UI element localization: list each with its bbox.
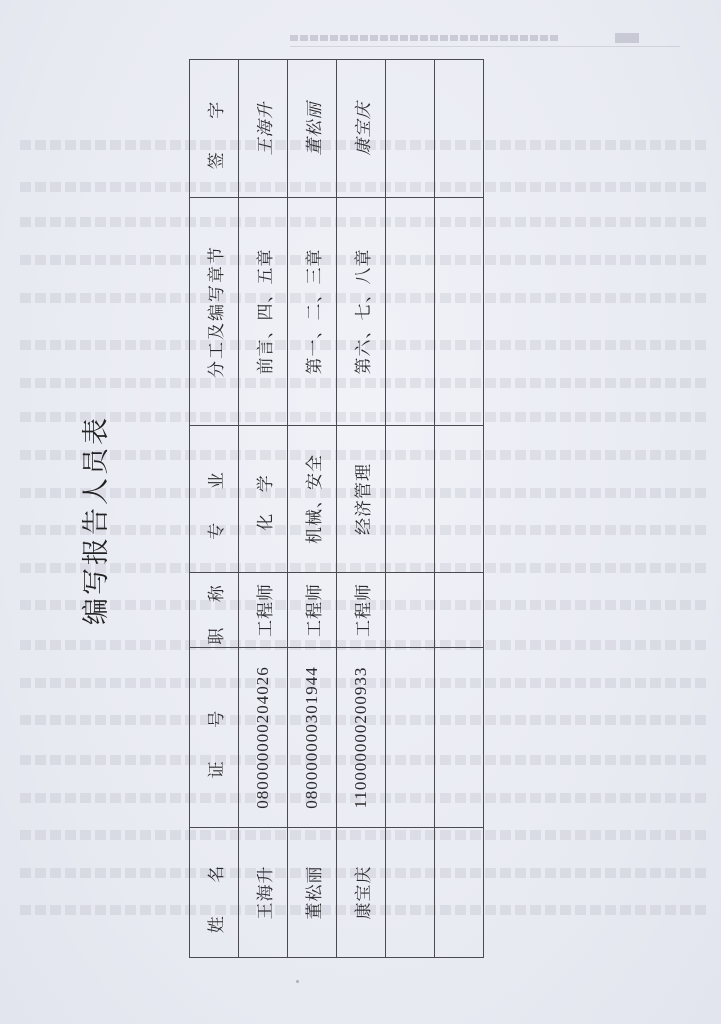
scan-speck [296,980,299,983]
cell-name: 王海升 [239,828,288,958]
cell-major [435,426,484,573]
cell-major: 机械、安全 [288,426,337,573]
cell-cert-no: 080000000301944 [288,648,337,828]
cell-chapters [435,198,484,426]
cell-signature [386,60,435,198]
document-title: 编写报告人员表 [77,405,117,625]
staff-table-container: 姓 名 证 号 职 称 专 业 分工及编写章节 签 字 王海升 08000000… [189,60,483,958]
cell-name: 康宝庆 [337,828,386,958]
cell-title: 工程师 [288,573,337,648]
cell-signature-handwritten: 董松丽 [288,60,337,198]
cell-signature [435,60,484,198]
cell-cert-no: 110000000200933 [337,648,386,828]
cell-name [435,828,484,958]
document-title-text: 编写报告人员表 [77,405,117,625]
table-header-row: 姓 名 证 号 职 称 专 业 分工及编写章节 签 字 [190,60,239,958]
cell-major: 经济管理 [337,426,386,573]
header-title: 职 称 [190,573,239,648]
header-cert-no: 证 号 [190,648,239,828]
cell-cert-no: 080000000204026 [239,648,288,828]
cell-title: 工程师 [337,573,386,648]
header-chapters: 分工及编写章节 [190,198,239,426]
running-header [290,35,560,41]
cell-title [386,573,435,648]
table-row-empty [435,60,484,958]
table-row: 王海升 080000000204026 工程师 化 学 前言、四、五章 王海升 [239,60,288,958]
cell-chapters [386,198,435,426]
cell-major: 化 学 [239,426,288,573]
cell-chapters: 前言、四、五章 [239,198,288,426]
cell-title: 工程师 [239,573,288,648]
cell-cert-no [386,648,435,828]
cell-chapters: 第六、七、八章 [337,198,386,426]
cell-signature-handwritten: 王海升 [239,60,288,198]
header-rule [290,46,680,47]
cell-signature-handwritten: 康宝庆 [337,60,386,198]
table-row: 董松丽 080000000301944 工程师 机械、安全 第一、二、三章 董松… [288,60,337,958]
table-row-empty [386,60,435,958]
cell-cert-no [435,648,484,828]
cell-major [386,426,435,573]
staff-table: 姓 名 证 号 职 称 专 业 分工及编写章节 签 字 王海升 08000000… [189,59,484,958]
header-name: 姓 名 [190,828,239,958]
header-signature: 签 字 [190,60,239,198]
cell-name [386,828,435,958]
cell-title [435,573,484,648]
header-major: 专 业 [190,426,239,573]
page-number-mark [615,33,639,43]
table-row: 康宝庆 110000000200933 工程师 经济管理 第六、七、八章 康宝庆 [337,60,386,958]
cell-chapters: 第一、二、三章 [288,198,337,426]
scanned-page: 编写报告人员表 姓 名 证 号 职 称 专 业 分工及编写章节 [0,0,721,1024]
cell-name: 董松丽 [288,828,337,958]
